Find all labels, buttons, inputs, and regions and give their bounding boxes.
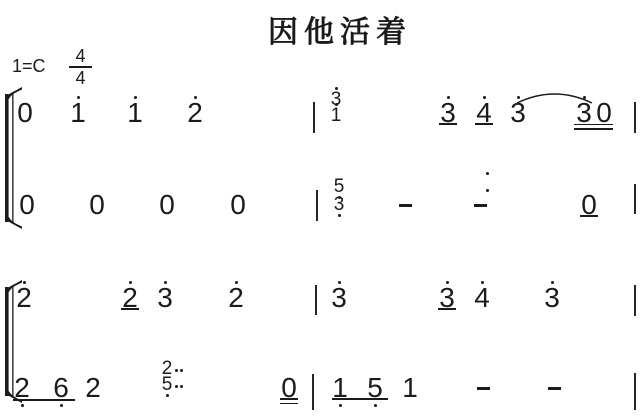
duration-dash xyxy=(477,387,490,390)
score-page: 因他活着 1=C 4 4 011234330310000053223233432… xyxy=(0,0,643,416)
octave-dot-below xyxy=(166,394,169,397)
staff-bass-2: 262015125 xyxy=(0,0,643,416)
augmentation-dot xyxy=(180,385,183,388)
octave-dot-below xyxy=(339,404,342,407)
note-digit: 2 xyxy=(81,374,105,402)
barline xyxy=(634,373,636,410)
note-digit: 2 xyxy=(10,374,34,402)
score: 01123433031000005322323343262015125 xyxy=(0,0,643,416)
augmentation-dot xyxy=(180,369,183,372)
octave-dot-below xyxy=(374,404,377,407)
note-digit: 6 xyxy=(49,374,73,402)
octave-dot-below xyxy=(21,404,24,407)
note-underline xyxy=(280,403,298,405)
augmentation-dot xyxy=(175,385,178,388)
note-underline xyxy=(280,398,298,400)
octave-dot-below xyxy=(60,404,63,407)
barline xyxy=(312,374,314,410)
beam-underline xyxy=(13,399,75,401)
chord-digit: 5 xyxy=(157,375,177,394)
beam-underline xyxy=(332,398,388,400)
note-digit: 1 xyxy=(398,374,422,402)
duration-dash xyxy=(548,387,561,390)
augmentation-dot xyxy=(175,369,178,372)
